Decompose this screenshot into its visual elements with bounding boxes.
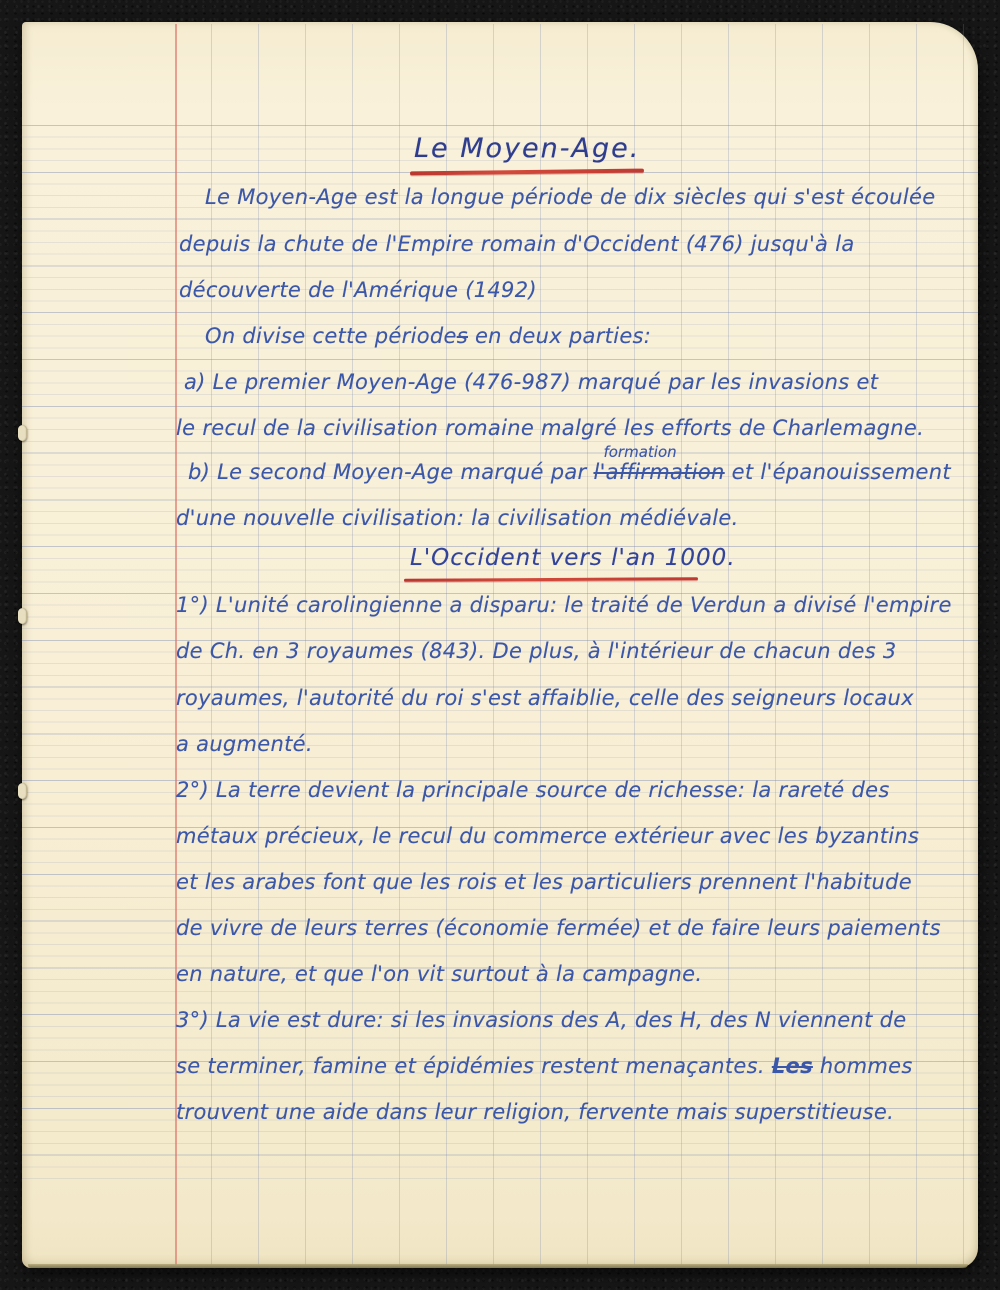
handwritten-line: en nature, et que l'on vit surtout à la … [176, 962, 702, 986]
line-text: et l'épanouissement [725, 460, 951, 484]
binding-notch [18, 783, 27, 799]
handwritten-line: le recul de la civilisation romaine malg… [176, 416, 924, 440]
line-text: On divise cette période [205, 324, 457, 348]
inserted-word-above: formation [603, 443, 676, 461]
handwritten-line: 1°) L'unité carolingienne a disparu: le … [176, 593, 952, 617]
struck-word: l'affirmation [593, 460, 724, 484]
notebook-page: Le Moyen-Age. Le Moyen-Age est la longue… [22, 22, 978, 1268]
page-title: Le Moyen-Age. [414, 133, 640, 164]
handwritten-line: royaumes, l'autorité du roi s'est affaib… [176, 686, 914, 710]
handwritten-line: trouvent une aide dans leur religion, fe… [176, 1100, 894, 1124]
handwritten-line: d'une nouvelle civilisation: la civilisa… [176, 506, 739, 530]
page-bottom-edge [28, 1264, 968, 1268]
correction: l'affirmationformation [593, 460, 724, 484]
binding-notch [18, 608, 27, 624]
handwritten-line: depuis la chute de l'Empire romain d'Occ… [179, 232, 855, 256]
handwritten-line: et les arabes font que les rois et les p… [176, 870, 912, 894]
handwritten-line: se terminer, famine et épidémies restent… [176, 1054, 913, 1078]
line-text: hommes [813, 1054, 913, 1078]
handwritten-line: a augmenté. [176, 732, 313, 756]
handwritten-line: découverte de l'Amérique (1492) [179, 278, 537, 302]
handwritten-line: a) Le premier Moyen-Age (476-987) marqué… [184, 370, 878, 394]
binding-notch [18, 425, 27, 441]
handwritten-line: b) Le second Moyen-Age marqué par l'affi… [188, 460, 951, 484]
scanned-notebook-photo: Le Moyen-Age. Le Moyen-Age est la longue… [0, 0, 1000, 1290]
handwritten-line: 3°) La vie est dure: si les invasions de… [176, 1008, 906, 1032]
struck-letter: s [457, 324, 468, 348]
handwritten-line: de Ch. en 3 royaumes (843). De plus, à l… [176, 639, 897, 663]
section-heading: L'Occident vers l'an 1000. [410, 545, 736, 571]
line-text: b) Le second Moyen-Age marqué par [188, 460, 593, 484]
handwritten-line: métaux précieux, le recul du commerce ex… [176, 824, 919, 848]
line-text: en deux parties: [468, 324, 651, 348]
handwritten-line: Le Moyen-Age est la longue période de di… [205, 185, 936, 209]
overwritten-word: Les [772, 1054, 813, 1078]
handwritten-line: de vivre de leurs terres (économie fermé… [176, 916, 941, 940]
handwritten-line: On divise cette périodes en deux parties… [205, 324, 651, 348]
handwritten-line: 2°) La terre devient la principale sourc… [176, 778, 890, 802]
line-text: se terminer, famine et épidémies restent… [176, 1054, 772, 1078]
